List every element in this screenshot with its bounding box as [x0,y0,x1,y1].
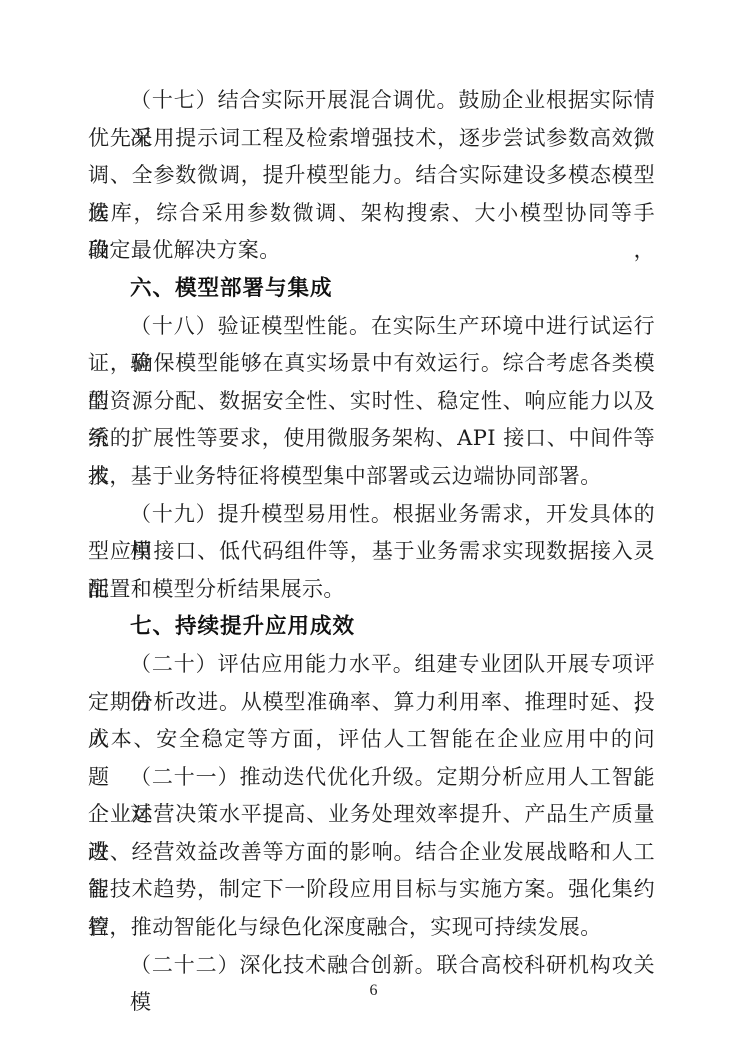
text-line: 企业运营决策水平提高、业务处理效率提升、产品生产质量改 [88,796,655,834]
text-line: 进、经营效益改善等方面的影响。结合企业发展战略和人工智 [88,834,655,872]
text-line: 七、持续提升应用成效 [88,608,655,646]
text-line: 统的扩展性等要求，使用微服务架构、API 接口、中间件等技 [88,420,655,458]
text-line: 六、模型部署与集成 [88,270,655,308]
text-line: 优先采用提示词工程及检索增强技术，逐步尝试参数高效微 [88,120,655,158]
text-line: 控，推动智能化与绿色化深度融合，实现可持续发展。 [88,909,655,947]
page-number: 6 [0,982,747,1000]
text-line: 成本、安全稳定等方面，评估人工智能在企业应用中的问题。 [88,721,655,759]
text-line: 定期分析改进。从模型准确率、算力利用率、推理时延、投入 [88,684,655,722]
text-line: 能技术趋势，制定下一阶段应用目标与实施方案。强化集约管 [88,871,655,909]
text-line: 的资源分配、数据安全性、实时性、稳定性、响应能力以及系 [88,383,655,421]
text-block: （十七）结合实际开展混合调优。鼓励企业根据实际情况，优先采用提示词工程及检索增强… [88,82,655,984]
text-line: （十八）验证模型性能。在实际生产环境中进行试运行验 [88,308,655,346]
text-line: （十七）结合实际开展混合调优。鼓励企业根据实际情况， [88,82,655,120]
text-line: （二十二）深化技术融合创新。联合高校科研机构攻关模 [88,947,655,985]
text-line: 型应用接口、低代码组件等，基于业务需求实现数据接入灵活 [88,533,655,571]
text-line: （二十一）推动迭代优化升级。定期分析应用人工智能对 [88,759,655,797]
text-line: 调、全参数微调，提升模型能力。结合实际建设多模态模型候 [88,157,655,195]
document-page: （十七）结合实际开展混合调优。鼓励企业根据实际情况，优先采用提示词工程及检索增强… [0,0,747,1048]
text-line: 选库，综合采用参数微调、架构搜索、大小模型协同等手段， [88,195,655,233]
text-line: 术，基于业务特征将模型集中部署或云边端协同部署。 [88,458,655,496]
text-line: （十九）提升模型易用性。根据业务需求，开发具体的模 [88,496,655,534]
text-line: 配置和模型分析结果展示。 [88,571,655,609]
text-line: （二十）评估应用能力水平。组建专业团队开展专项评估， [88,646,655,684]
text-line: 证，确保模型能够在真实场景中有效运行。综合考虑各类模型 [88,345,655,383]
